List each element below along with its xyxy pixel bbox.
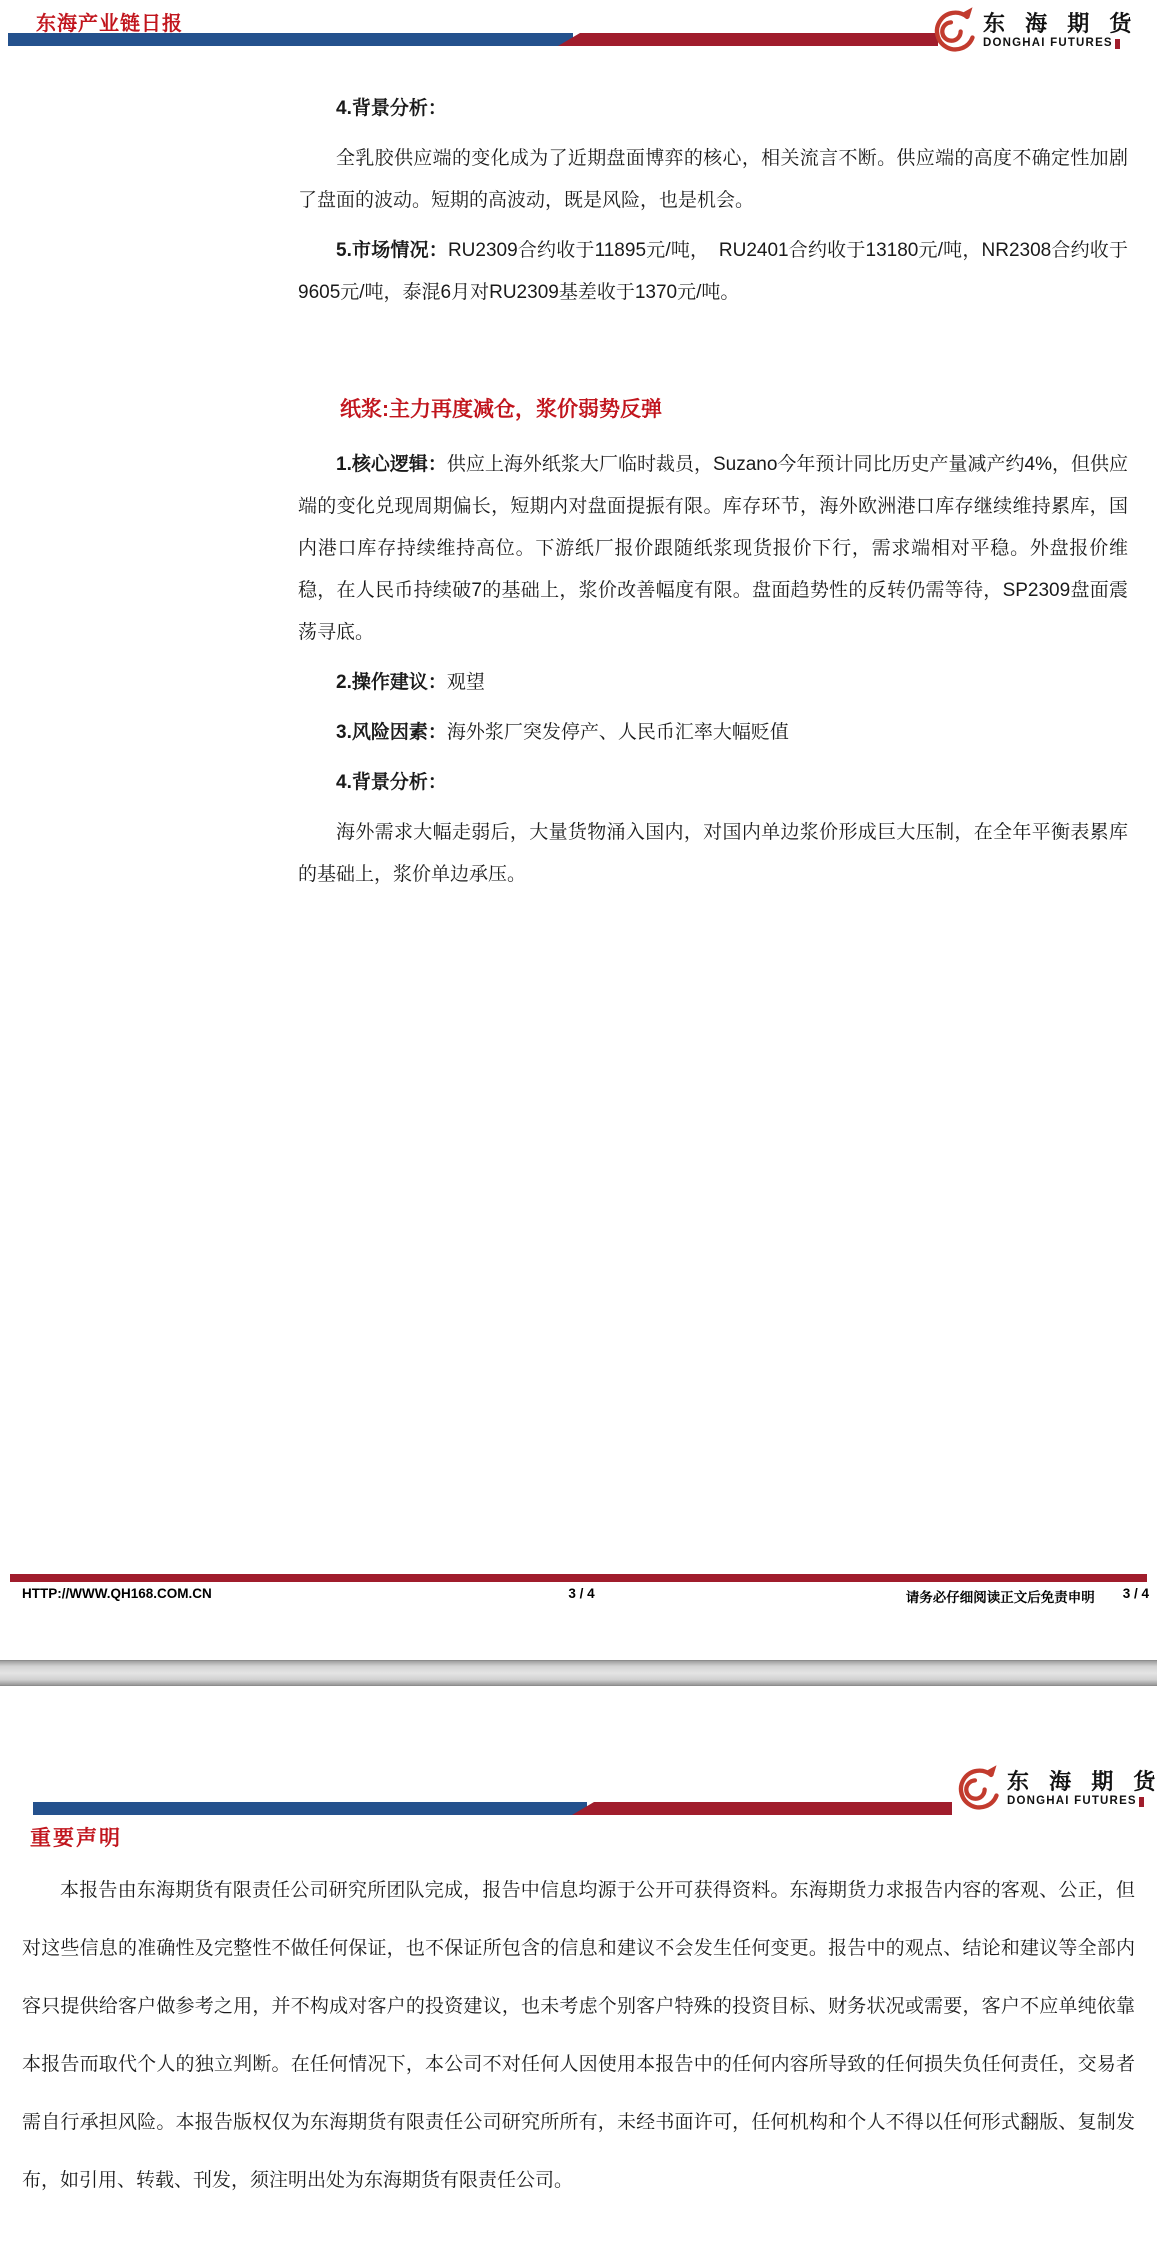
header-bar-red [558,33,938,46]
logo-en-text: DONGHAI FUTURES [983,38,1113,50]
header-bar-blue [8,33,573,46]
logo-red-square [1115,39,1120,49]
pulp-risk-text: 海外浆厂突发停产、人民币汇率大幅贬值 [447,722,789,743]
footer-page-number: 3 / 4 [568,1586,594,1601]
page-separator [0,1660,1157,1686]
disclaimer-text: 本报告由东海期货有限责任公司研究所团队完成，报告中信息均源于公开可获得资料。东海… [22,1862,1135,2210]
footer-right-group: 请务必仔细阅读正文后免责申明 3 / 4 [906,1586,1149,1606]
pulp-advice: 2.操作建议：观望 [298,662,1128,704]
pulp-section-title: 纸浆:主力再度减仓，浆价弱势反弹 [298,389,1128,431]
dragon-logo-icon [926,4,978,58]
pulp-risk: 3.风险因素：海外浆厂突发停产、人民币汇率大幅贬值 [298,712,1128,754]
rubber-background-label: 4.背景分析： [298,88,1128,130]
footer-page-number-right: 3 / 4 [1123,1586,1149,1606]
pulp-advice-text: 观望 [447,672,485,693]
logo-text-p2: 东 海 期 货 DONGHAI FUTURES [1007,1771,1157,1808]
logo-cn-text: 东 海 期 货 [983,13,1138,35]
logo-en-line-p2: DONGHAI FUTURES [1007,1796,1157,1808]
pulp-background-label: 4.背景分析： [298,762,1128,804]
company-logo: 东 海 期 货 DONGHAI FUTURES [926,4,1138,58]
header-bar-red-p2 [572,1802,952,1815]
pulp-risk-label: 3.风险因素： [336,722,447,743]
rubber-background-text: 全乳胶供应端的变化成为了近期盘面博弈的核心，相关流言不断。供应端的高度不确定性加… [298,138,1128,222]
rubber-market-label: 5.市场情况： [336,240,448,261]
rubber-market: 5.市场情况：RU2309合约收于11895元/吨， RU2401合约收于131… [298,230,1128,314]
pulp-logic-text: 供应上海外纸浆大厂临时裁员，Suzano今年预计同比历史产量减产约4%，但供应端… [298,454,1128,643]
pulp-logic-label: 1.核心逻辑： [336,454,447,475]
rubber-background-label-text: 4.背景分析： [336,98,447,119]
report-body: 4.背景分析： 全乳胶供应端的变化成为了近期盘面博弈的核心，相关流言不断。供应端… [298,88,1128,904]
logo-cn-text-p2: 东 海 期 货 [1007,1771,1157,1793]
footer-url[interactable]: HTTP://WWW.QH168.COM.CN [22,1586,212,1601]
logo-en-text-p2: DONGHAI FUTURES [1007,1796,1137,1808]
footer-divider-bar [10,1574,1147,1582]
important-statement-heading: 重要声明 [30,1822,122,1852]
pulp-logic: 1.核心逻辑：供应上海外纸浆大厂临时裁员，Suzano今年预计同比历史产量减产约… [298,444,1128,654]
pulp-background-text: 海外需求大幅走弱后，大量货物涌入国内，对国内单边浆价形成巨大压制，在全年平衡表累… [298,812,1128,896]
logo-text: 东 海 期 货 DONGHAI FUTURES [983,13,1138,50]
header-bar-blue-p2 [33,1802,587,1815]
report-title: 东海产业链日报 [36,7,183,36]
pulp-background-label-text: 4.背景分析： [336,772,447,793]
logo-en-line: DONGHAI FUTURES [983,38,1138,50]
footer-disclaimer-notice: 请务必仔细阅读正文后免责申明 [906,1586,1095,1606]
page-footer: HTTP://WWW.QH168.COM.CN 3 / 4 请务必仔细阅读正文后… [14,1586,1149,1608]
dragon-logo-icon [950,1762,1002,1816]
logo-red-square-p2 [1139,1797,1144,1807]
company-logo-p2: 东 海 期 货 DONGHAI FUTURES [950,1762,1157,1816]
pulp-advice-label: 2.操作建议： [336,672,447,693]
